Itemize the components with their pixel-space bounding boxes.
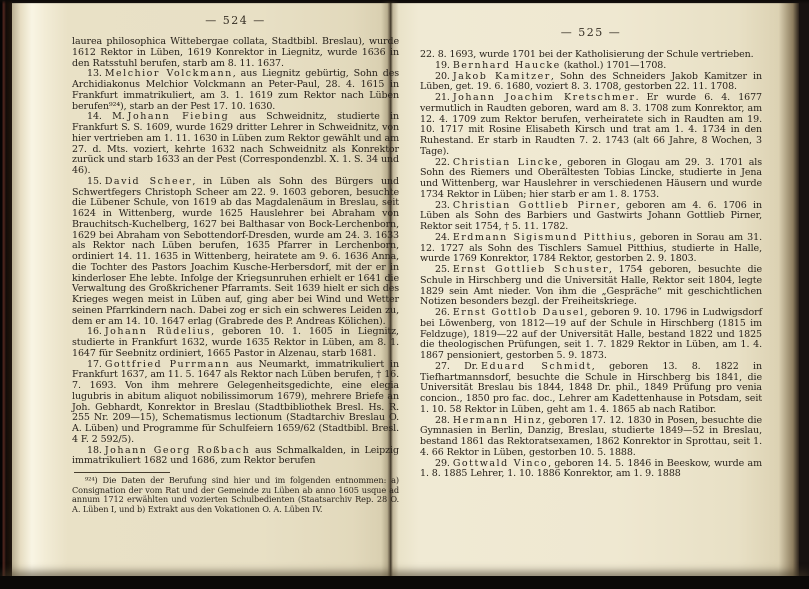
entry-name: Christian Lincke bbox=[453, 157, 559, 168]
entry-22: 22.Christian Lincke, geboren in Glogau a… bbox=[420, 158, 762, 201]
footnote-marker: ⁹²⁴) bbox=[85, 475, 98, 485]
entry-number: 18. bbox=[87, 445, 102, 456]
entry-name: Ernst Gottlob Dausel bbox=[453, 307, 585, 318]
entry-name: Johann Joachim Kretschmer bbox=[453, 92, 636, 103]
entry-number: 19. bbox=[435, 60, 450, 71]
entry-16: 16.Johann Rüdelius, geboren 10. 1. 1605 … bbox=[72, 327, 399, 359]
entry-number: 25. bbox=[435, 264, 450, 275]
entry-number: 14. M. bbox=[87, 111, 125, 122]
entry-number: 28. bbox=[435, 415, 450, 426]
right-text-column: 22. 8. 1693, wurde 1701 bei der Katholis… bbox=[420, 50, 762, 480]
entry-18: 18.Johann Georg Roßbach aus Schmalkalden… bbox=[72, 446, 399, 468]
book-scan: — 524 — — 525 — laurea philosophica Witt… bbox=[0, 0, 809, 589]
scan-left-edge bbox=[0, 0, 12, 589]
entry-number: 13. bbox=[87, 68, 102, 79]
entry-name: Jakob Kamitzer bbox=[453, 71, 551, 82]
entry-name: Johann Fiebing bbox=[128, 111, 230, 122]
entry-13: 13.Melchior Volckmann, aus Liegnitz gebü… bbox=[72, 69, 399, 112]
left-page-number: — 524 — bbox=[72, 14, 399, 27]
entry-number: 20. bbox=[435, 71, 450, 82]
footnote-paragraph: ⁹²⁴) Die Daten der Berufung sind hier un… bbox=[72, 476, 399, 514]
entry-29: 29.Gottwald Vinco, geboren 14. 5. 1846 i… bbox=[420, 459, 762, 481]
entry-27: 27. Dr.Eduard Schmidt, geboren 13. 8. 18… bbox=[420, 362, 762, 416]
entry-21: 21.Johann Joachim Kretschmer. Er wurde 6… bbox=[420, 93, 762, 158]
footnote-text: Die Daten der Berufung sind hier und im … bbox=[72, 475, 399, 514]
left-intro-paragraph: laurea philosophica Wittebergae collata,… bbox=[72, 37, 399, 69]
entry-name: Eduard Schmidt bbox=[481, 361, 592, 372]
entry-name: Gottwald Vinco bbox=[453, 458, 548, 469]
entry-number: 21. bbox=[435, 92, 450, 103]
entry-28: 28.Hermann Hinz, geboren 17. 12. 1830 in… bbox=[420, 416, 762, 459]
entry-number: 27. Dr. bbox=[435, 361, 478, 372]
entry-name: Melchior Volckmann bbox=[105, 68, 233, 79]
entry-text: , in Lüben als Sohn des Bürgers und Schw… bbox=[72, 176, 399, 327]
entry-number: 16. bbox=[87, 326, 102, 337]
scan-bottom-edge bbox=[0, 576, 809, 589]
entry-text: (kathol.) 1701—1708. bbox=[561, 60, 666, 71]
entry-text: aus Neumarkt, immatrikuliert in Frankfur… bbox=[72, 359, 399, 445]
entry-name: Gottfried Purrmann bbox=[105, 359, 230, 370]
entry-15: 15.David Scheer, in Lüben als Sohn des B… bbox=[72, 177, 399, 328]
entry-25: 25.Ernst Gottlieb Schuster, 1754 geboren… bbox=[420, 265, 762, 308]
entry-name: Bernhard Haucke bbox=[453, 60, 561, 71]
entry-14: 14. M.Johann Fiebing aus Schweidnitz, st… bbox=[72, 112, 399, 177]
entry-number: 26. bbox=[435, 307, 450, 318]
left-text-column: laurea philosophica Wittebergae collata,… bbox=[72, 37, 399, 514]
right-page-number: — 525 — bbox=[420, 26, 762, 39]
entry-number: 24. bbox=[435, 232, 450, 243]
entry-name: Johann Rüdelius bbox=[105, 326, 211, 337]
entry-name: David Scheer bbox=[105, 176, 193, 187]
entry-number: 29. bbox=[435, 458, 450, 469]
scan-top-edge bbox=[0, 0, 809, 4]
entry-name: Johann Georg Roßbach bbox=[105, 445, 250, 456]
entry-20: 20.Jakob Kamitzer, Sohn des Schneiders J… bbox=[420, 72, 762, 94]
entry-number: 17. bbox=[87, 359, 102, 370]
entry-number: 23. bbox=[435, 200, 450, 211]
entry-name: Hermann Hinz bbox=[453, 415, 542, 426]
entry-23: 23.Christian Gottlieb Pirner, geboren am… bbox=[420, 201, 762, 233]
entry-17: 17.Gottfried Purrmann aus Neumarkt, imma… bbox=[72, 360, 399, 446]
entry-24: 24.Erdmann Sigismund Pitthius, geboren i… bbox=[420, 233, 762, 265]
entry-26: 26.Ernst Gottlob Dausel, geboren 9. 10. … bbox=[420, 308, 762, 362]
entry-number: 15. bbox=[87, 176, 102, 187]
entry-name: Erdmann Sigismund Pitthius bbox=[453, 232, 633, 243]
footnote-rule bbox=[74, 472, 170, 473]
entry-name: Ernst Gottlieb Schuster bbox=[453, 264, 609, 275]
entry-number: 22. bbox=[435, 157, 450, 168]
entry-name: Christian Gottlieb Pirner bbox=[453, 200, 617, 211]
